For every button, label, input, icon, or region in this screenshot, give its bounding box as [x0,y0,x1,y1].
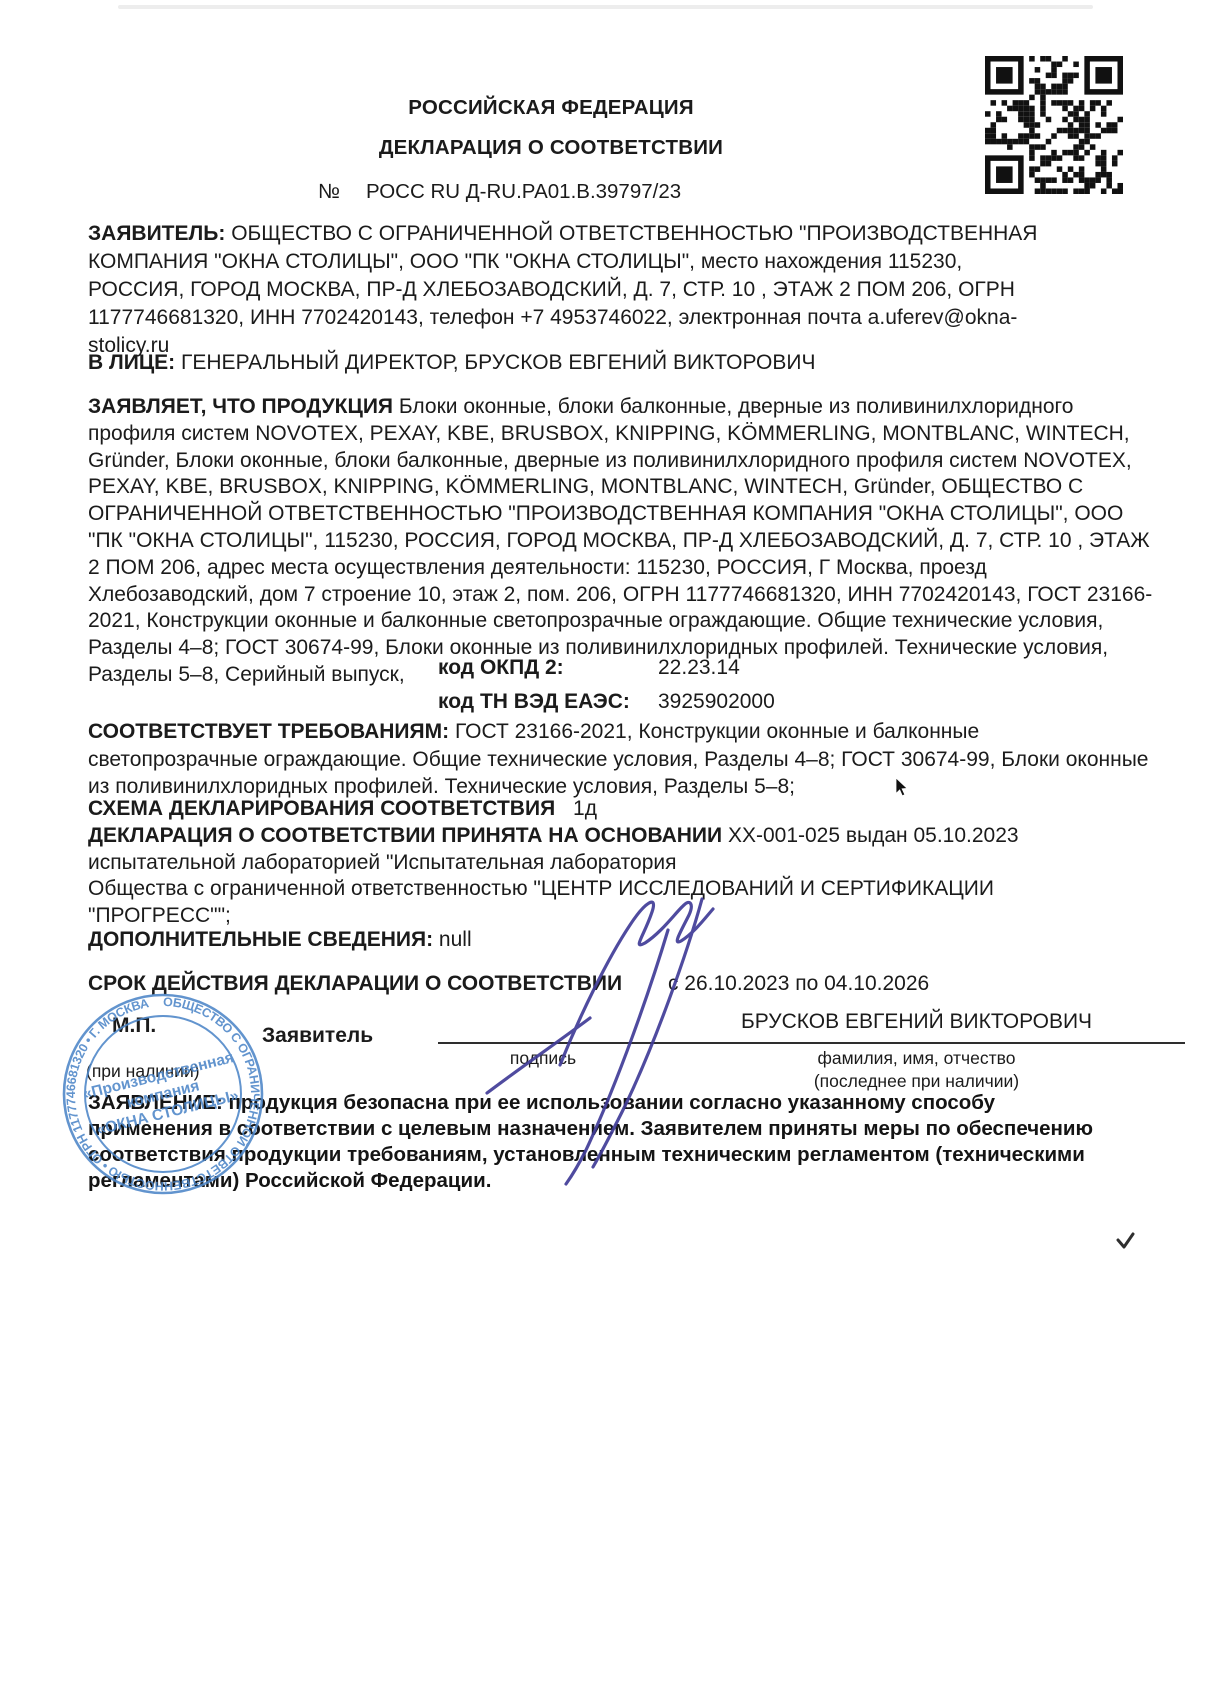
okpd-code-row: код ОКПД 2: 22.23.14 [88,656,1132,683]
name-line [648,1042,1185,1044]
name-caption-line1: фамилия, имя, отчество [648,1048,1185,1069]
applicant-role-label: Заявитель [262,1024,373,1048]
field-additional: ДОПОЛНИТЕЛЬНЫЕ СВЕДЕНИЯ: null [88,926,1207,954]
additional-label: ДОПОЛНИТЕЛЬНЫЕ СВЕДЕНИЯ: [88,928,433,951]
number-label: № [318,180,340,203]
applicant-text: ОБЩЕСТВО С ОГРАНИЧЕННОЙ ОТВЕТСТВЕННОСТЬЮ… [88,222,1037,357]
field-declares: ЗАЯВЛЯЕТ, ЧТО ПРОДУКЦИЯ Блоки оконные, б… [88,394,1207,689]
declares-text: Блоки оконные, блоки балконные, дверные … [88,395,1152,686]
okpd-label: код ОКПД 2: [438,656,564,680]
applicant-label: ЗАЯВИТЕЛЬ: [88,222,225,245]
validity-value: с 26.10.2023 по 04.10.2026 [668,972,929,995]
declares-label: ЗАЯВЛЯЕТ, ЧТО ПРОДУКЦИЯ [88,395,393,418]
field-applicant: ЗАЯВИТЕЛЬ: ОБЩЕСТВО С ОГРАНИЧЕННОЙ ОТВЕТ… [88,220,1207,360]
signature-caption: подпись [438,1048,648,1069]
pen-checkmark [1118,1234,1133,1247]
field-basis: ДЕКЛАРАЦИЯ О СООТВЕТСТВИИ ПРИНЯТА НА ОСН… [88,823,1207,929]
in-person-text: ГЕНЕРАЛЬНЫЙ ДИРЕКТОР, БРУСКОВ ЕВГЕНИЙ ВИ… [181,351,815,374]
field-in-person: В ЛИЦЕ: ГЕНЕРАЛЬНЫЙ ДИРЕКТОР, БРУСКОВ ЕВ… [88,349,1207,377]
field-scheme: СХЕМА ДЕКЛАРИРОВАНИЯ СООТВЕТСТВИЯ 1д [88,795,1207,823]
company-stamp: ОБЩЕСТВО С ОГРАНИЧЕННОЙ ОТВЕТСТВЕННОСТЬЮ… [57,988,269,1200]
declaration-document-page: { "header": { "country": "РОССИЙСКАЯ ФЕД… [0,0,1207,1700]
tnved-label: код ТН ВЭД ЕАЭС: [438,690,630,714]
declaration-number: №РОСС RU Д-RU.РА01.В.39797/23 [318,180,681,204]
complies-label: СООТВЕТСТВУЕТ ТРЕБОВАНИЯМ: [88,720,449,743]
tnved-code-row: код ТН ВЭД ЕАЭС: 3925902000 [88,690,1132,717]
qr-code-icon [985,56,1125,196]
scheme-value: 1д [573,797,597,820]
name-caption-line2: (последнее при наличии) [648,1071,1185,1092]
stamp-center-text: «Производственная компания «ОКНА СТОЛИЦЫ… [81,1049,244,1140]
additional-value: null [439,928,472,951]
basis-label: ДЕКЛАРАЦИЯ О СООТВЕТСТВИИ ПРИНЯТА НА ОСН… [88,824,722,847]
signature-line [438,1042,648,1044]
doc-title: ДЕКЛАРАЦИЯ О СООТВЕТСТВИИ [88,136,1014,160]
scheme-label: СХЕМА ДЕКЛАРИРОВАНИЯ СООТВЕТСТВИЯ [88,797,555,820]
scan-artifact-line [118,5,1093,9]
field-complies: СООТВЕТСТВУЕТ ТРЕБОВАНИЯМ: ГОСТ 23166-20… [88,718,1207,801]
tnved-value: 3925902000 [658,690,775,714]
number-value: РОСС RU Д-RU.РА01.В.39797/23 [366,180,681,203]
in-person-label: В ЛИЦЕ: [88,351,175,374]
signatory-name: БРУСКОВ ЕВГЕНИЙ ВИКТОРОВИЧ [648,1010,1185,1034]
okpd-value: 22.23.14 [658,656,740,680]
country-title: РОССИЙСКАЯ ФЕДЕРАЦИЯ [88,96,1014,120]
